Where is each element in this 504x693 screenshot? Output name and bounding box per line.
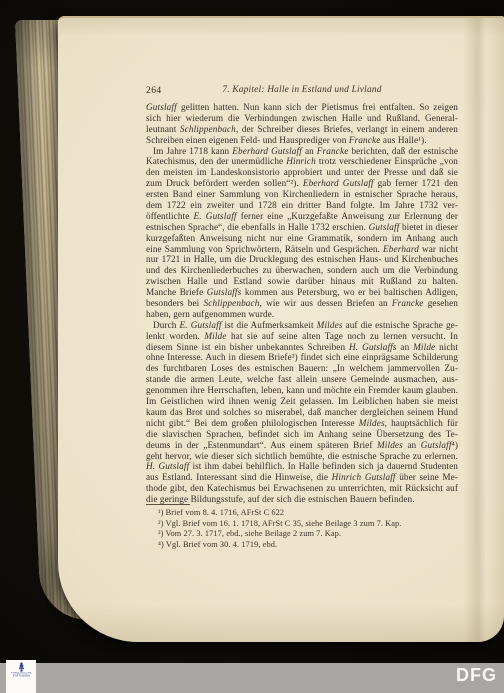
viewer-footer-bar: FRANCKESCHE STIFTUNGEN DFG xyxy=(0,663,504,693)
text-line: den meisten im Landeskonsistorio approbi… xyxy=(146,167,458,178)
footnote-line: ¹) Brief vom 8. 4. 1716, AFrSt C 622 xyxy=(158,508,458,519)
text-line: deums in der „Estenmundart“. Aus einem s… xyxy=(146,440,458,451)
text-line: kaum das Brot und solches so miserabel, … xyxy=(146,407,458,418)
text-line: zwischen Halle und Estland sowie darüber… xyxy=(146,276,458,287)
franckesche-stiftungen-logo: FRANCKESCHE STIFTUNGEN xyxy=(6,660,36,693)
running-header: 7. Kapitel: Halle in Estland und Livland xyxy=(222,85,381,95)
text-line: thode gibt, den Katechismus bei Erwachse… xyxy=(146,483,458,494)
text-line: nicht gibt.“ Bei dem großen philologisch… xyxy=(146,418,458,429)
text-line: aus Estland. Interessant sind die Hinwei… xyxy=(146,472,458,483)
text-line: haben, gern aufgenommen wurde. xyxy=(146,309,458,320)
footnote-line: ²) Vgl. Brief vom 16. 1. 1718, AFrSt C 3… xyxy=(158,519,458,530)
text-line: Katechismus, den der unermüdliche Hinric… xyxy=(146,156,458,167)
text-line: zum Druck befördert werden sollen“²). Eb… xyxy=(146,178,458,189)
footnote-separator xyxy=(146,504,190,505)
text-line: H. Gutslaff ist ihm dabei behilflich. In… xyxy=(146,461,458,472)
text-line: nur 1721 in Halle, um die Drucklegung de… xyxy=(146,254,458,265)
page-header: 264 7. Kapitel: Halle in Estland und Liv… xyxy=(146,85,458,97)
dfg-logo: DFG xyxy=(456,665,497,686)
text-line: Im Geistlichen wird ihnen wenig Zeit gel… xyxy=(146,396,458,407)
text-line: Im Jahre 1718 kann Eberhard Gutslaff an … xyxy=(146,146,458,157)
text-line: kurzgefaßten Anweisung nicht nur eine Gr… xyxy=(146,233,458,244)
text-line: dem 1722 ein zweiter und 1728 ein dritte… xyxy=(146,200,458,211)
body-text: Gutslaff gelitten hatten. Nun kann sich … xyxy=(146,102,458,505)
text-line: sich hier wiederum die Verbindungen zwis… xyxy=(146,113,458,124)
text-line: estnischen Sprache“, die ebenfalls in Ha… xyxy=(146,222,458,233)
footnotes: ¹) Brief vom 8. 4. 1716, AFrSt C 622²) V… xyxy=(158,508,458,551)
text-line: Schreiben einen eigenen Feld- und Hauspr… xyxy=(146,135,458,146)
scan-background: 264 7. Kapitel: Halle in Estland und Liv… xyxy=(0,0,504,693)
text-line: geht hervor, wie dieser sich sichtlich b… xyxy=(146,451,458,462)
text-line: ersten Band einer Sammlung von Kirchenli… xyxy=(146,189,458,200)
text-line: die slavischen Sprachen, befindet sich i… xyxy=(146,429,458,440)
text-line: Manche Briefe Gutslaffs kommen aus Peter… xyxy=(146,287,458,298)
book-page: 264 7. Kapitel: Halle in Estland und Liv… xyxy=(58,16,504,642)
text-line: Gutslaff gelitten hatten. Nun kann sich … xyxy=(146,102,458,113)
text-line: besonders bei Schlippenbach, wie wir aus… xyxy=(146,298,458,309)
page-number: 264 xyxy=(146,85,162,96)
text-line: eine Sammlung von Sprichwörtern, Rätseln… xyxy=(146,244,458,255)
text-line: Durch E. Gutslaff ist die Aufmerksamkeit… xyxy=(146,320,458,331)
text-line: lenkt worden. Milde hat sie auf seine al… xyxy=(146,331,458,342)
logo-text-line: STIFTUNGEN xyxy=(11,675,31,678)
text-line: öffentlichte E. Gutslaff ferner eine „Ku… xyxy=(146,211,458,222)
footnote-line: ⁴) Vgl. Brief vom 30. 4. 1719, ebd. xyxy=(158,540,458,551)
text-line: diesem Sinne ist ein bisher unbekanntes … xyxy=(146,342,458,353)
franckesche-stiftungen-label: FRANCKESCHE STIFTUNGEN xyxy=(11,672,31,677)
text-line: stande die armen Leute, welche fast alle… xyxy=(146,374,458,385)
text-line: die geringe Bildungsstufe, auf der sich … xyxy=(146,494,458,505)
text-line: des furchtbaren Loses des estnischen Bau… xyxy=(146,363,458,374)
text-line: ohne Interesse. Auch in diesem Briefe³) … xyxy=(146,352,458,363)
text-line: und des Kirchenliederbuches zu überwache… xyxy=(146,265,458,276)
eagle-icon xyxy=(17,662,26,672)
footnote-line: ³) Vom 27. 3. 1717, ebd., siehe Beilage … xyxy=(158,529,458,540)
text-line: genommen ihre Herrschaften, leben, kann … xyxy=(146,385,458,396)
text-line: leutnant Schlippenbach, der Schreiber di… xyxy=(146,124,458,135)
